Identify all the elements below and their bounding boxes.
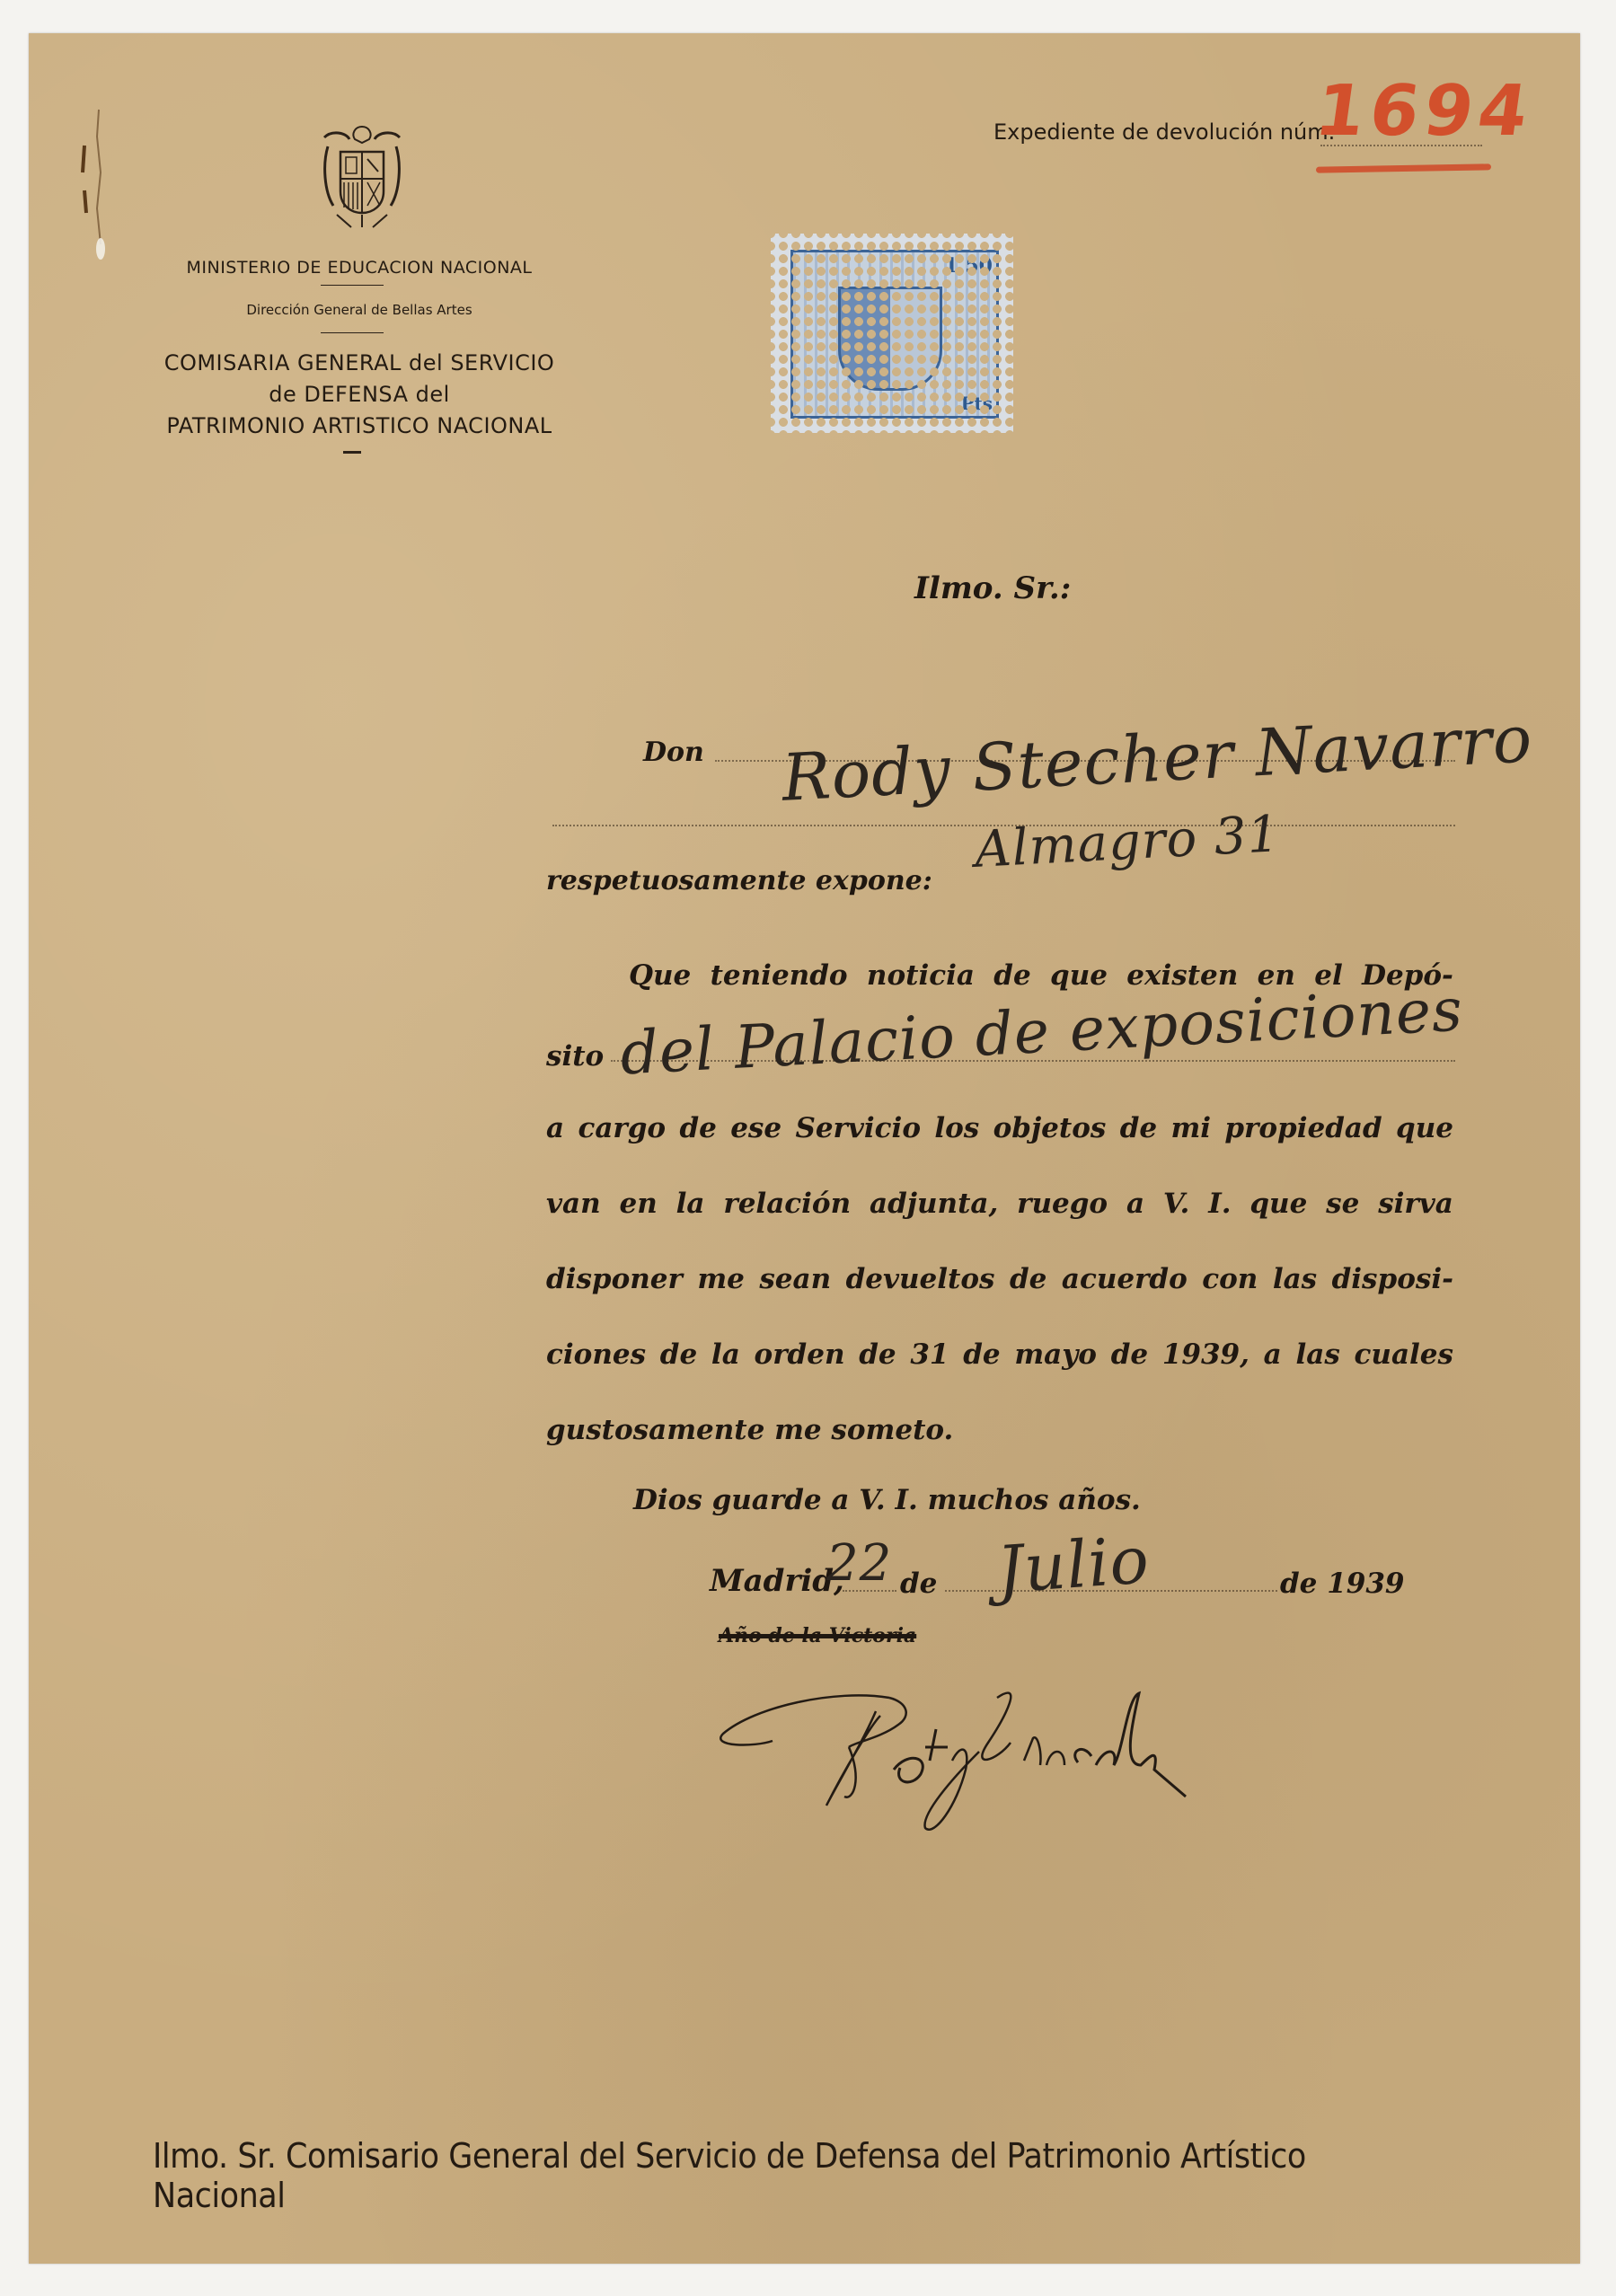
word: acuerdo — [1062, 1263, 1188, 1295]
stamp-shield-icon — [838, 287, 942, 391]
applicant-address-handwritten: Almagro 31 — [974, 805, 1282, 879]
word: disponer — [546, 1263, 683, 1295]
deposit-prefix: sito — [546, 1040, 604, 1073]
coat-of-arms-icon — [319, 119, 405, 231]
date-city: Madrid, — [710, 1563, 844, 1599]
applicant-prefix: Don — [643, 737, 704, 768]
word: 1939, — [1162, 1338, 1250, 1371]
body-line-5: disponer me sean devueltos de acuerdo co… — [546, 1263, 1453, 1295]
expone-label: respetuosamente expone: — [546, 865, 932, 896]
word: de — [1010, 1263, 1046, 1295]
date-day-handwritten: 22 — [826, 1534, 892, 1593]
word: la — [676, 1188, 705, 1220]
ministry-name: MINISTERIO DE EDUCACION NACIONAL — [126, 258, 593, 278]
word: Que — [629, 959, 691, 992]
file-number-underline — [1316, 163, 1491, 172]
word: noticia — [867, 959, 975, 992]
salutation: Ilmo. Sr.: — [914, 570, 1071, 606]
word: mayo — [1014, 1338, 1097, 1371]
struck-out-text: Año de la Victoria — [719, 1624, 916, 1647]
word: propiedad — [1224, 1112, 1382, 1144]
revenue-stamp: 1.50 Pts — [771, 234, 1013, 433]
word: de — [859, 1338, 896, 1371]
word: teniendo — [711, 959, 848, 992]
word: ciones — [546, 1338, 646, 1371]
word: las — [1295, 1338, 1339, 1371]
commission-name: COMISARIA GENERAL del SERVICIO de DEFENS… — [126, 348, 593, 442]
word: en — [620, 1188, 658, 1220]
body-line-3: a cargo de ese Servicio los objetos de m… — [546, 1112, 1453, 1144]
word: de — [660, 1338, 697, 1371]
word: de — [1111, 1338, 1148, 1371]
stamp-frame: 1.50 Pts — [790, 250, 999, 419]
word: de — [679, 1112, 716, 1144]
word: la — [711, 1338, 740, 1371]
word: que — [1396, 1112, 1453, 1144]
word: a — [1264, 1338, 1282, 1371]
signature: Rody Stecher — [701, 1662, 1204, 1841]
word: que — [1050, 959, 1108, 992]
word: cuales — [1355, 1338, 1453, 1371]
word: a — [546, 1112, 564, 1144]
divider — [321, 285, 384, 286]
word: los — [934, 1112, 979, 1144]
word: sean — [759, 1263, 831, 1295]
word: a — [1126, 1188, 1144, 1220]
commission-line-1: COMISARIA GENERAL del SERVICIO — [126, 348, 593, 379]
word: de — [963, 1338, 1000, 1371]
directorate-name: Dirección General de Bellas Artes — [126, 302, 593, 318]
word: 31 — [910, 1338, 949, 1371]
word: Servicio — [795, 1112, 921, 1144]
word: se — [1326, 1188, 1359, 1220]
word: ese — [730, 1112, 782, 1144]
word: adjunta, — [870, 1188, 998, 1220]
document-page: MINISTERIO DE EDUCACION NACIONAL Direcci… — [29, 33, 1580, 2264]
word: I. — [1208, 1188, 1231, 1220]
commission-line-2: de DEFENSA del — [126, 379, 593, 411]
word: de — [993, 959, 1030, 992]
divider — [321, 332, 384, 333]
word: disposi- — [1332, 1263, 1453, 1295]
closing-formula: Dios guarde a V. I. muchos años. — [633, 1484, 1141, 1516]
word: las — [1273, 1263, 1317, 1295]
word: sirva — [1378, 1188, 1453, 1220]
date-year: de 1939 — [1280, 1567, 1404, 1600]
file-number-label: Expediente de devolución núm. — [993, 119, 1335, 145]
word: me — [697, 1263, 745, 1295]
word: con — [1202, 1263, 1258, 1295]
word: que — [1250, 1188, 1307, 1220]
word: devueltos — [846, 1263, 995, 1295]
word: ruego — [1017, 1188, 1108, 1220]
word: V. — [1163, 1188, 1189, 1220]
deposit-handwritten: del Palacio de exposiciones — [619, 975, 1465, 1088]
addressee-footer: Ilmo. Sr. Comisario General del Servicio… — [153, 2136, 1351, 2215]
commission-line-3: PATRIMONIO ARTISTICO NACIONAL — [126, 411, 593, 442]
file-number-handwritten: 1694 — [1311, 71, 1539, 152]
date-de: de — [900, 1567, 937, 1600]
word: cargo — [578, 1112, 666, 1144]
divider — [343, 451, 361, 454]
word: gustosamente me someto. — [546, 1414, 953, 1446]
body-line-7: gustosamente me someto. — [546, 1414, 1453, 1446]
body-line-6: ciones de la orden de 31 de mayo de 1939… — [546, 1338, 1453, 1371]
word: relación — [723, 1188, 851, 1220]
body-line-4: van en la relación adjunta, ruego a V. I… — [546, 1188, 1453, 1220]
word: van — [546, 1188, 601, 1220]
stamp-value: 1.50 — [944, 254, 993, 278]
edge-tear-marks — [65, 83, 119, 262]
word: de — [1120, 1112, 1157, 1144]
date-month-handwritten: Julio — [994, 1522, 1152, 1608]
word: mi — [1170, 1112, 1211, 1144]
applicant-name-handwritten: Rody Stecher Navarro — [780, 701, 1534, 816]
stamp-unit: Pts — [960, 393, 993, 414]
word: objetos — [993, 1112, 1107, 1144]
word: orden — [755, 1338, 845, 1371]
